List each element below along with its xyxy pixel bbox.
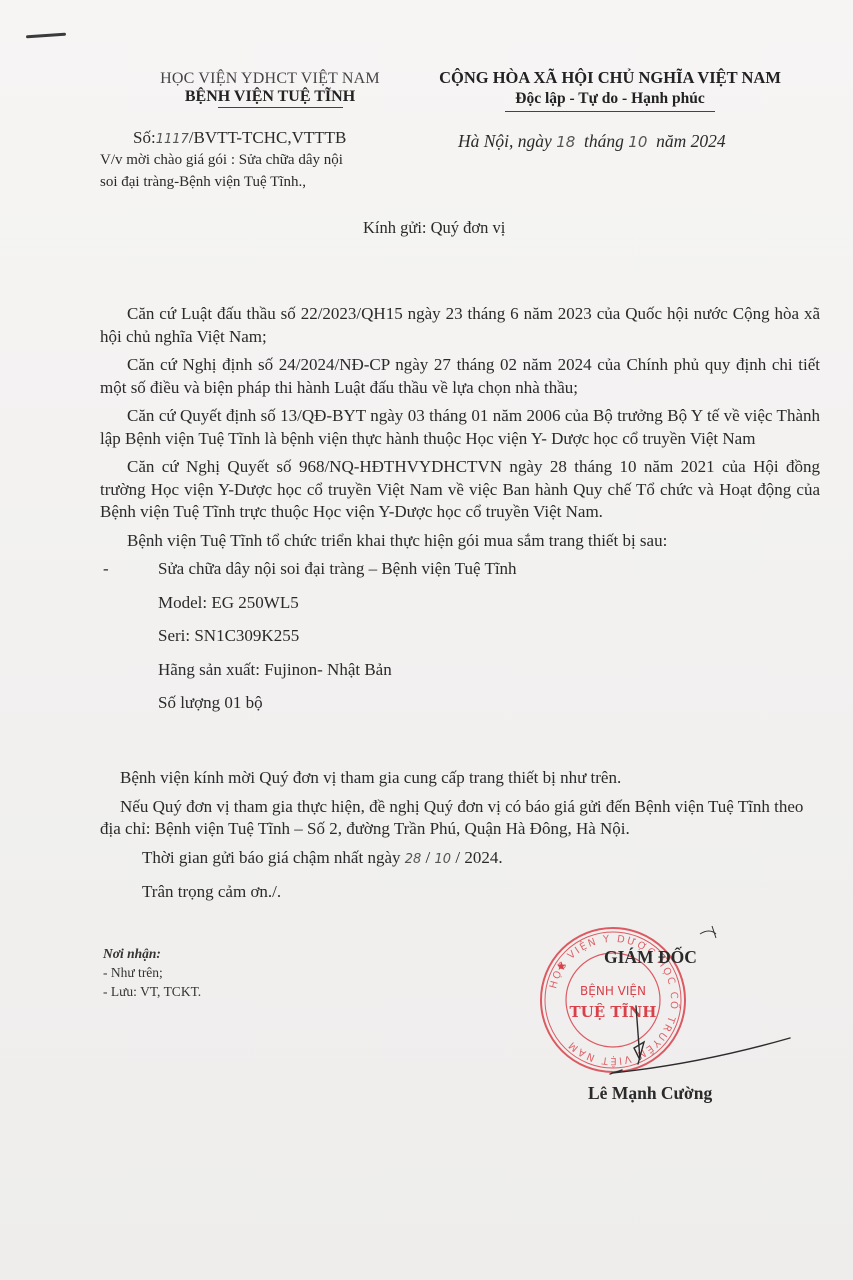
package-intro: Bệnh viện Tuệ Tĩnh tổ chức triển khai th… (100, 530, 820, 553)
letter-closing: Bệnh viện kính mời Quý đơn vị tham gia c… (100, 767, 820, 914)
handwritten-deadline-day: 28 (405, 852, 422, 867)
recipient-item: - Lưu: VT, TCKT. (103, 982, 201, 1001)
svg-text:TUỆ TĨNH: TUỆ TĨNH (570, 1002, 657, 1021)
svg-text:BỆNH VIỆN: BỆNH VIỆN (580, 983, 646, 998)
hospital-underline (218, 107, 343, 108)
recipients: Nơi nhận: - Như trên; - Lưu: VT, TCKT. (103, 944, 201, 1001)
legal-basis-paragraph: Căn cứ Nghị định số 24/2024/NĐ-CP ngày 2… (100, 354, 820, 399)
handwritten-day: 18 (556, 133, 575, 151)
closing-line: Trân trọng cảm ơn./. (142, 881, 820, 904)
package-item: - Sửa chữa dây nội soi đại tràng – Bệnh … (100, 558, 820, 581)
subject-line: V/v mời chào giá gói : Sửa chữa dây nội … (100, 149, 343, 193)
deadline-line: Thời gian gửi báo giá chậm nhất ngày 28 … (142, 847, 820, 872)
stray-pen-mark (26, 33, 66, 39)
legal-basis-paragraph: Căn cứ Luật đấu thầu số 22/2023/QH15 ngà… (100, 303, 820, 348)
svg-text:★: ★ (556, 959, 567, 973)
handwritten-month: 10 (628, 133, 647, 151)
signer-position: GIÁM ĐỐC (604, 947, 697, 968)
header-right: CỘNG HÒA XÃ HỘI CHỦ NGHĨA VIỆT NAM Độc l… (400, 68, 820, 112)
institution-name: HỌC VIỆN YDHCT VIỆT NAM (100, 70, 440, 88)
header-left: HỌC VIỆN YDHCT VIỆT NAM BỆNH VIỆN TUỆ TĨ… (100, 70, 440, 108)
legal-basis-paragraph: Căn cứ Quyết định số 13/QĐ-BYT ngày 03 t… (100, 405, 820, 450)
signer-name: Lê Mạnh Cường (588, 1083, 712, 1104)
letter-body: Căn cứ Luật đấu thầu số 22/2023/QH15 ngà… (100, 303, 820, 715)
detail-model: Model: EG 250WL5 (158, 592, 820, 615)
address-paragraph: Nếu Quý đơn vị tham gia thực hiện, đề ng… (100, 796, 820, 841)
package-name: Sửa chữa dây nội soi đại tràng – Bệnh vi… (158, 558, 517, 581)
recipients-title: Nơi nhận: (103, 944, 201, 963)
hospital-name: BỆNH VIỆN TUỆ TĨNH (100, 88, 440, 106)
handwritten-deadline-month: 10 (435, 852, 452, 867)
detail-manufacturer: Hãng sản xuất: Fujinon- Nhật Bản (158, 659, 820, 682)
detail-serial: Seri: SN1C309K255 (158, 625, 820, 648)
invitation-paragraph: Bệnh viện kính mời Quý đơn vị tham gia c… (100, 767, 820, 790)
motto-underline (505, 111, 715, 112)
salutation: Kính gửi: Quý đơn vị (363, 218, 505, 238)
detail-quantity: Số lượng 01 bộ (158, 692, 820, 715)
issue-date: Hà Nội, ngày 18 tháng 10 năm 2024 (458, 131, 726, 152)
document-page: HỌC VIỆN YDHCT VIỆT NAM BỆNH VIỆN TUỆ TĨ… (0, 0, 853, 1280)
document-number: Số:1117/BVTT-TCHC,VTTTB (133, 128, 346, 148)
national-motto: Độc lập - Tự do - Hạnh phúc (400, 90, 820, 108)
nation-title: CỘNG HÒA XÃ HỘI CHỦ NGHĨA VIỆT NAM (400, 68, 820, 88)
legal-basis-paragraph: Căn cứ Nghị Quyết số 968/NQ-HĐTHVYDHCTVN… (100, 456, 820, 524)
handwritten-number: 1117 (156, 132, 189, 147)
recipient-item: - Như trên; (103, 963, 201, 982)
